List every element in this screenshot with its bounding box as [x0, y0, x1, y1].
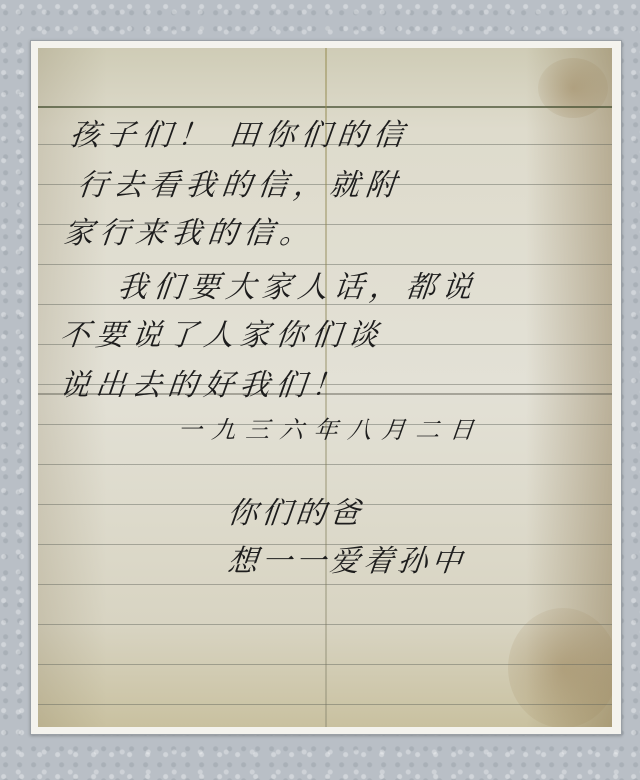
paper-stain [508, 608, 612, 727]
letter-line: 不要说了人家你们谈 [58, 310, 387, 354]
letter-line: 行去看我的信，就附 [76, 160, 405, 204]
picture-frame: 孩子们！ 田你们的信 行去看我的信，就附 家行来我的信。 我们要大家人话，都说 … [30, 40, 622, 735]
letter-line: 孩子们！ 田你们的信 [68, 110, 412, 154]
letter-paper: 孩子们！ 田你们的信 行去看我的信，就附 家行来我的信。 我们要大家人话，都说 … [38, 48, 612, 727]
letter-line: 说出去的好我们！ [58, 360, 351, 404]
letter-signature: 想一一爱着孙中 [226, 536, 469, 580]
letter-line: 我们要大家人话，都说 [116, 262, 481, 306]
letter-closing: 你们的爸 [226, 488, 367, 532]
letter-line: 家行来我的信。 [62, 208, 319, 252]
letter-date: 一九三六年八月二日 [176, 410, 486, 445]
paper-stain [538, 58, 608, 118]
